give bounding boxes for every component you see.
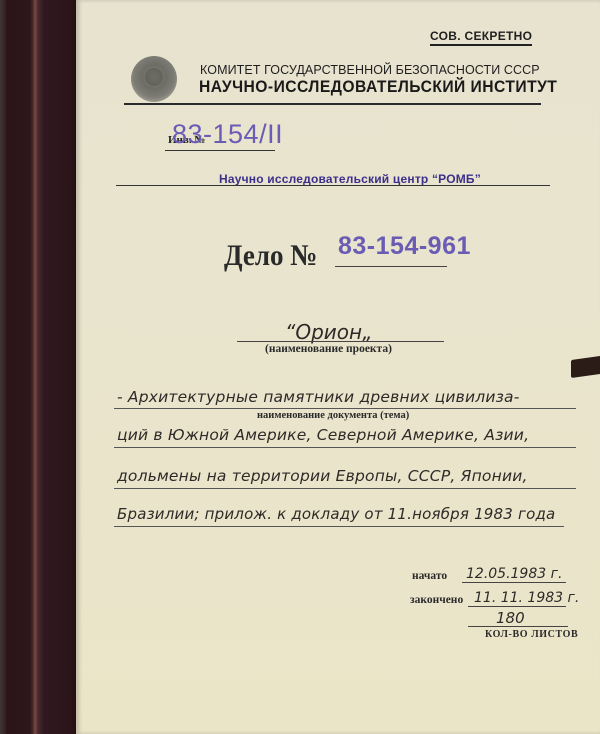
finished-underline xyxy=(468,606,566,607)
document-line-rule xyxy=(114,447,576,448)
binder-edge xyxy=(0,0,6,734)
finished-date: 11. 11. 1983 г. xyxy=(474,590,579,606)
folder-binder-spine xyxy=(0,0,76,734)
case-number-underline xyxy=(335,266,447,267)
ussr-coat-of-arms-icon xyxy=(131,56,177,102)
committee-name: КОМИТЕТ ГОСУДАРСТВЕННОЙ БЕЗОПАСНОСТИ ССС… xyxy=(200,63,540,77)
sheet-count-caption: КОЛ-ВО ЛИСТОВ xyxy=(485,629,578,640)
project-caption: (наименование проекта) xyxy=(265,343,392,355)
sheet-count: 180 xyxy=(496,609,525,627)
institute-name: НАУЧНО-ИССЛЕДОВАТЕЛЬСКИЙ ИНСТИТУТ xyxy=(199,77,557,97)
header-divider xyxy=(124,103,541,105)
started-underline xyxy=(462,582,566,583)
inventory-number-stamp: 83-154/II xyxy=(172,119,283,150)
case-number-stamp: 83-154-961 xyxy=(338,232,471,261)
document-line-rule xyxy=(114,526,564,527)
sheet-count-underline xyxy=(468,626,568,627)
research-center-stamp: Научно исследовательский центр “РОМБ” xyxy=(219,172,481,186)
document-title-line-1: - Архитектурные памятники древних цивили… xyxy=(117,388,520,406)
document-caption: наименование документа (тема) xyxy=(257,410,409,421)
document-title-line-4: Бразилии; прилож. к докладу от 11.ноября… xyxy=(117,505,555,523)
inventory-underline xyxy=(165,150,275,151)
document-title-line-2: ций в Южной Америке, Северной Америке, А… xyxy=(117,426,529,444)
center-underline xyxy=(116,185,550,186)
document-title-line-3: дольмены на территории Европы, СССР, Япо… xyxy=(117,467,528,485)
started-label: начато xyxy=(412,570,447,582)
finished-label: закончено xyxy=(410,594,463,606)
classification-stamp: СОВ. СЕКРЕТНО xyxy=(430,29,532,46)
project-underline xyxy=(237,341,444,342)
document-line-rule xyxy=(114,488,576,489)
document-line-rule xyxy=(114,408,576,409)
started-date: 12.05.1983 г. xyxy=(466,566,562,582)
case-number-label: Дело № xyxy=(224,239,317,273)
